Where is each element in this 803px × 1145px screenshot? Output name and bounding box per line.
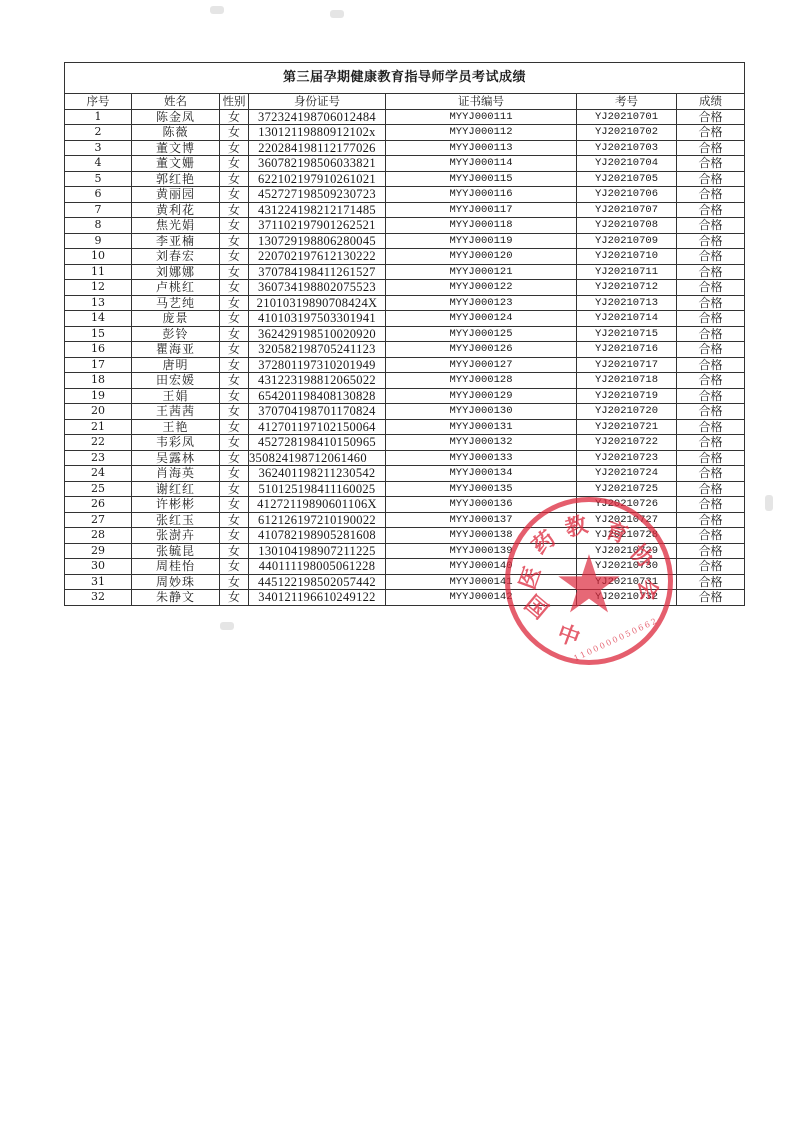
cell-gender: 女 <box>220 404 249 420</box>
document-title: 第三届孕期健康教育指导师学员考试成绩 <box>65 63 745 94</box>
cell-id-number: 654201198408130828 <box>249 388 386 404</box>
cell-exam-no: YJ20210705 <box>577 171 677 187</box>
cell-certificate-no: MYYJ000131 <box>386 419 577 435</box>
cell-id-number: 362429198510020920 <box>249 326 386 342</box>
cell-index: 28 <box>65 528 132 544</box>
cell-certificate-no: MYYJ000120 <box>386 249 577 265</box>
cell-exam-no: YJ20210714 <box>577 311 677 327</box>
table-row: 17唐明女372801197310201949MYYJ000127YJ20210… <box>65 357 745 373</box>
cell-id-number: 372324198706012484 <box>249 109 386 125</box>
cell-name: 王艳 <box>132 419 220 435</box>
cell-result: 合格 <box>677 590 745 606</box>
table-row: 10刘春宏女220702197612130222MYYJ000120YJ2021… <box>65 249 745 265</box>
cell-result: 合格 <box>677 357 745 373</box>
cell-result: 合格 <box>677 512 745 528</box>
results-table: 第三届孕期健康教育指导师学员考试成绩 序号姓名性别身份证号证书编号考号成绩 1陈… <box>64 62 745 606</box>
cell-index: 31 <box>65 574 132 590</box>
score-sheet: 第三届孕期健康教育指导师学员考试成绩 序号姓名性别身份证号证书编号考号成绩 1陈… <box>64 62 744 606</box>
table-row: 25谢红红女510125198411160025MYYJ000135YJ2021… <box>65 481 745 497</box>
cell-exam-no: YJ20210708 <box>577 218 677 234</box>
cell-index: 25 <box>65 481 132 497</box>
cell-id-number: 130729198806280045 <box>249 233 386 249</box>
cell-name: 韦彩凤 <box>132 435 220 451</box>
cell-index: 20 <box>65 404 132 420</box>
cell-index: 32 <box>65 590 132 606</box>
table-row: 28张澍卉女410782198905281608MYYJ000138YJ2021… <box>65 528 745 544</box>
cell-result: 合格 <box>677 450 745 466</box>
cell-gender: 女 <box>220 497 249 513</box>
cell-exam-no: YJ20210727 <box>577 512 677 528</box>
cell-id-number: 452727198509230723 <box>249 187 386 203</box>
table-row: 20王茜茜女370704198701170824MYYJ000130YJ2021… <box>65 404 745 420</box>
table-row: 19王娟女654201198408130828MYYJ000129YJ20210… <box>65 388 745 404</box>
cell-id-number: 412701197102150064 <box>249 419 386 435</box>
column-header: 性别 <box>220 94 249 110</box>
cell-certificate-no: MYYJ000125 <box>386 326 577 342</box>
cell-index: 15 <box>65 326 132 342</box>
cell-exam-no: YJ20210704 <box>577 156 677 172</box>
cell-gender: 女 <box>220 187 249 203</box>
cell-result: 合格 <box>677 264 745 280</box>
cell-name: 田宏媛 <box>132 373 220 389</box>
cell-exam-no: YJ20210725 <box>577 481 677 497</box>
table-row: 1陈金凤女372324198706012484MYYJ000111YJ20210… <box>65 109 745 125</box>
cell-exam-no: YJ20210702 <box>577 125 677 141</box>
cell-certificate-no: MYYJ000127 <box>386 357 577 373</box>
cell-certificate-no: MYYJ000119 <box>386 233 577 249</box>
cell-exam-no: YJ20210722 <box>577 435 677 451</box>
cell-id-number: 445122198502057442 <box>249 574 386 590</box>
seal-code: 1100000050662 <box>572 616 659 663</box>
cell-index: 30 <box>65 559 132 575</box>
cell-index: 6 <box>65 187 132 203</box>
cell-name: 黄利花 <box>132 202 220 218</box>
cell-index: 14 <box>65 311 132 327</box>
table-row: 9李亚楠女130729198806280045MYYJ000119YJ20210… <box>65 233 745 249</box>
table-row: 6黄丽园女452727198509230723MYYJ000116YJ20210… <box>65 187 745 203</box>
cell-id-number: 431224198212171485 <box>249 202 386 218</box>
table-row: 32朱静文女340121196610249122MYYJ000142YJ2021… <box>65 590 745 606</box>
cell-index: 19 <box>65 388 132 404</box>
cell-certificate-no: MYYJ000118 <box>386 218 577 234</box>
cell-gender: 女 <box>220 264 249 280</box>
cell-id-number: 431223198812065022 <box>249 373 386 389</box>
cell-index: 4 <box>65 156 132 172</box>
cell-index: 21 <box>65 419 132 435</box>
table-row: 29张毓昆女130104198907211225MYYJ000139YJ2021… <box>65 543 745 559</box>
cell-id-number: 452728198410150965 <box>249 435 386 451</box>
cell-gender: 女 <box>220 543 249 559</box>
cell-name: 郭红艳 <box>132 171 220 187</box>
cell-gender: 女 <box>220 466 249 482</box>
table-row: 31周妙珠女445122198502057442MYYJ000141YJ2021… <box>65 574 745 590</box>
cell-exam-no: YJ20210717 <box>577 357 677 373</box>
cell-exam-no: YJ20210731 <box>577 574 677 590</box>
cell-exam-no: YJ20210718 <box>577 373 677 389</box>
cell-gender: 女 <box>220 481 249 497</box>
cell-name: 刘春宏 <box>132 249 220 265</box>
cell-id-number: 360734198802075523 <box>249 280 386 296</box>
cell-certificate-no: MYYJ000137 <box>386 512 577 528</box>
cell-result: 合格 <box>677 419 745 435</box>
cell-id-number: 622102197910261021 <box>249 171 386 187</box>
table-body: 1陈金凤女372324198706012484MYYJ000111YJ20210… <box>65 109 745 605</box>
cell-name: 张毓昆 <box>132 543 220 559</box>
cell-index: 23 <box>65 450 132 466</box>
cell-index: 3 <box>65 140 132 156</box>
cell-name: 黄丽园 <box>132 187 220 203</box>
cell-name: 陈金凤 <box>132 109 220 125</box>
cell-id-number: 612126197210190022 <box>249 512 386 528</box>
cell-name: 焦光娟 <box>132 218 220 234</box>
cell-gender: 女 <box>220 512 249 528</box>
cell-result: 合格 <box>677 466 745 482</box>
cell-result: 合格 <box>677 497 745 513</box>
column-header: 证书编号 <box>386 94 577 110</box>
cell-result: 合格 <box>677 202 745 218</box>
cell-certificate-no: MYYJ000116 <box>386 187 577 203</box>
cell-index: 24 <box>65 466 132 482</box>
cell-gender: 女 <box>220 156 249 172</box>
table-row: 11刘娜娜女370784198411261527MYYJ000121YJ2021… <box>65 264 745 280</box>
cell-certificate-no: MYYJ000114 <box>386 156 577 172</box>
cell-name: 瞿海亚 <box>132 342 220 358</box>
table-row: 7黄利花女431224198212171485MYYJ000117YJ20210… <box>65 202 745 218</box>
cell-exam-no: YJ20210713 <box>577 295 677 311</box>
table-row: 22韦彩凤女452728198410150965MYYJ000132YJ2021… <box>65 435 745 451</box>
cell-name: 李亚楠 <box>132 233 220 249</box>
cell-exam-no: YJ20210724 <box>577 466 677 482</box>
cell-gender: 女 <box>220 202 249 218</box>
cell-gender: 女 <box>220 326 249 342</box>
cell-result: 合格 <box>677 171 745 187</box>
cell-id-number: 370704198701170824 <box>249 404 386 420</box>
cell-index: 16 <box>65 342 132 358</box>
cell-id-number: 220702197612130222 <box>249 249 386 265</box>
cell-exam-no: YJ20210729 <box>577 543 677 559</box>
cell-name: 刘娜娜 <box>132 264 220 280</box>
cell-name: 吴露林 <box>132 450 220 466</box>
cell-exam-no: YJ20210720 <box>577 404 677 420</box>
cell-result: 合格 <box>677 218 745 234</box>
cell-result: 合格 <box>677 140 745 156</box>
cell-certificate-no: MYYJ000135 <box>386 481 577 497</box>
cell-id-number: 220284198112177026 <box>249 140 386 156</box>
cell-name: 彭铃 <box>132 326 220 342</box>
cell-result: 合格 <box>677 233 745 249</box>
cell-result: 合格 <box>677 388 745 404</box>
table-row: 16瞿海亚女320582198705241123MYYJ000126YJ2021… <box>65 342 745 358</box>
cell-name: 庞景 <box>132 311 220 327</box>
cell-gender: 女 <box>220 435 249 451</box>
cell-gender: 女 <box>220 171 249 187</box>
cell-gender: 女 <box>220 342 249 358</box>
cell-gender: 女 <box>220 233 249 249</box>
cell-gender: 女 <box>220 450 249 466</box>
cell-id-number: 13012119880912102x <box>249 125 386 141</box>
cell-certificate-no: MYYJ000126 <box>386 342 577 358</box>
table-row: 18田宏媛女431223198812065022MYYJ000128YJ2021… <box>65 373 745 389</box>
table-row: 13马艺纯女21010319890708424XMYYJ000123YJ2021… <box>65 295 745 311</box>
table-header: 序号姓名性别身份证号证书编号考号成绩 <box>65 94 745 110</box>
cell-index: 11 <box>65 264 132 280</box>
cell-certificate-no: MYYJ000121 <box>386 264 577 280</box>
cell-index: 29 <box>65 543 132 559</box>
cell-gender: 女 <box>220 528 249 544</box>
table-row: 14庞景女410103197503301941MYYJ000124YJ20210… <box>65 311 745 327</box>
cell-gender: 女 <box>220 357 249 373</box>
cell-gender: 女 <box>220 125 249 141</box>
cell-id-number: 21010319890708424X <box>249 295 386 311</box>
cell-id-number: 510125198411160025 <box>249 481 386 497</box>
cell-index: 1 <box>65 109 132 125</box>
cell-result: 合格 <box>677 574 745 590</box>
cell-gender: 女 <box>220 419 249 435</box>
cell-exam-no: YJ20210726 <box>577 497 677 513</box>
scan-speck <box>330 10 344 18</box>
cell-exam-no: YJ20210728 <box>577 528 677 544</box>
cell-index: 17 <box>65 357 132 373</box>
table-row: 3董文博女220284198112177026MYYJ000113YJ20210… <box>65 140 745 156</box>
cell-id-number: 410782198905281608 <box>249 528 386 544</box>
cell-result: 合格 <box>677 125 745 141</box>
cell-result: 合格 <box>677 187 745 203</box>
cell-exam-no: YJ20210707 <box>577 202 677 218</box>
table-row: 8焦光娟女371102197901262521MYYJ000118YJ20210… <box>65 218 745 234</box>
column-header: 成绩 <box>677 94 745 110</box>
cell-name: 张红玉 <box>132 512 220 528</box>
cell-index: 2 <box>65 125 132 141</box>
cell-gender: 女 <box>220 109 249 125</box>
cell-exam-no: YJ20210732 <box>577 590 677 606</box>
cell-id-number: 130104198907211225 <box>249 543 386 559</box>
cell-gender: 女 <box>220 311 249 327</box>
cell-certificate-no: MYYJ000111 <box>386 109 577 125</box>
column-header: 身份证号 <box>249 94 386 110</box>
scan-speck <box>220 622 234 630</box>
cell-exam-no: YJ20210712 <box>577 280 677 296</box>
cell-certificate-no: MYYJ000139 <box>386 543 577 559</box>
table-row: 2陈薇女13012119880912102xMYYJ000112YJ202107… <box>65 125 745 141</box>
cell-certificate-no: MYYJ000141 <box>386 574 577 590</box>
table-row: 15彭铃女362429198510020920MYYJ000125YJ20210… <box>65 326 745 342</box>
cell-id-number: 370784198411261527 <box>249 264 386 280</box>
cell-certificate-no: MYYJ000138 <box>386 528 577 544</box>
column-header: 序号 <box>65 94 132 110</box>
table-row: 12卢桃红女360734198802075523MYYJ000122YJ2021… <box>65 280 745 296</box>
cell-exam-no: YJ20210703 <box>577 140 677 156</box>
cell-gender: 女 <box>220 295 249 311</box>
cell-certificate-no: MYYJ000142 <box>386 590 577 606</box>
cell-result: 合格 <box>677 404 745 420</box>
column-header: 考号 <box>577 94 677 110</box>
cell-certificate-no: MYYJ000136 <box>386 497 577 513</box>
cell-id-number: 371102197901262521 <box>249 218 386 234</box>
cell-name: 马艺纯 <box>132 295 220 311</box>
cell-index: 18 <box>65 373 132 389</box>
cell-index: 26 <box>65 497 132 513</box>
cell-gender: 女 <box>220 559 249 575</box>
cell-id-number: 360782198506033821 <box>249 156 386 172</box>
cell-certificate-no: MYYJ000128 <box>386 373 577 389</box>
cell-index: 27 <box>65 512 132 528</box>
cell-result: 合格 <box>677 280 745 296</box>
cell-name: 周妙珠 <box>132 574 220 590</box>
cell-certificate-no: MYYJ000113 <box>386 140 577 156</box>
scan-speck <box>765 495 773 511</box>
table-row: 5郭红艳女622102197910261021MYYJ000115YJ20210… <box>65 171 745 187</box>
cell-index: 7 <box>65 202 132 218</box>
cell-index: 9 <box>65 233 132 249</box>
cell-certificate-no: MYYJ000129 <box>386 388 577 404</box>
cell-gender: 女 <box>220 590 249 606</box>
cell-id-number: 440111198005061228 <box>249 559 386 575</box>
cell-index: 13 <box>65 295 132 311</box>
cell-name: 周桂怡 <box>132 559 220 575</box>
cell-result: 合格 <box>677 373 745 389</box>
table-row: 30周桂怡女440111198005061228MYYJ000140YJ2021… <box>65 559 745 575</box>
table-row: 24肖海英女362401198211230542MYYJ000134YJ2021… <box>65 466 745 482</box>
cell-certificate-no: MYYJ000130 <box>386 404 577 420</box>
cell-result: 合格 <box>677 326 745 342</box>
cell-index: 10 <box>65 249 132 265</box>
cell-exam-no: YJ20210719 <box>577 388 677 404</box>
cell-id-number: 320582198705241123 <box>249 342 386 358</box>
cell-gender: 女 <box>220 249 249 265</box>
table-row: 4董文姗女360782198506033821MYYJ000114YJ20210… <box>65 156 745 172</box>
scan-speck <box>210 6 224 14</box>
cell-id-number: 340121196610249122 <box>249 590 386 606</box>
cell-result: 合格 <box>677 156 745 172</box>
cell-index: 22 <box>65 435 132 451</box>
cell-certificate-no: MYYJ000112 <box>386 125 577 141</box>
cell-gender: 女 <box>220 373 249 389</box>
table-row: 23吴露林女350824198712061460MYYJ000133YJ2021… <box>65 450 745 466</box>
cell-name: 朱静文 <box>132 590 220 606</box>
table-row: 26许彬彬女41272119890601106XMYYJ000136YJ2021… <box>65 497 745 513</box>
cell-result: 合格 <box>677 295 745 311</box>
cell-name: 董文姗 <box>132 156 220 172</box>
cell-id-number: 410103197503301941 <box>249 311 386 327</box>
cell-exam-no: YJ20210716 <box>577 342 677 358</box>
cell-id-number: 372801197310201949 <box>249 357 386 373</box>
cell-certificate-no: MYYJ000123 <box>386 295 577 311</box>
cell-gender: 女 <box>220 280 249 296</box>
cell-index: 12 <box>65 280 132 296</box>
cell-result: 合格 <box>677 249 745 265</box>
cell-gender: 女 <box>220 218 249 234</box>
column-header: 姓名 <box>132 94 220 110</box>
cell-name: 张澍卉 <box>132 528 220 544</box>
cell-exam-no: YJ20210701 <box>577 109 677 125</box>
cell-result: 合格 <box>677 559 745 575</box>
cell-name: 谢红红 <box>132 481 220 497</box>
cell-certificate-no: MYYJ000140 <box>386 559 577 575</box>
cell-exam-no: YJ20210715 <box>577 326 677 342</box>
cell-certificate-no: MYYJ000134 <box>386 466 577 482</box>
cell-gender: 女 <box>220 388 249 404</box>
cell-certificate-no: MYYJ000117 <box>386 202 577 218</box>
seal-char: 中 <box>553 616 584 653</box>
cell-name: 王茜茜 <box>132 404 220 420</box>
cell-exam-no: YJ20210710 <box>577 249 677 265</box>
cell-exam-no: YJ20210711 <box>577 264 677 280</box>
cell-result: 合格 <box>677 342 745 358</box>
cell-id-number: 362401198211230542 <box>249 466 386 482</box>
cell-exam-no: YJ20210721 <box>577 419 677 435</box>
table-row: 21王艳女412701197102150064MYYJ000131YJ20210… <box>65 419 745 435</box>
cell-exam-no: YJ20210730 <box>577 559 677 575</box>
cell-exam-no: YJ20210723 <box>577 450 677 466</box>
cell-name: 卢桃红 <box>132 280 220 296</box>
cell-certificate-no: MYYJ000124 <box>386 311 577 327</box>
cell-result: 合格 <box>677 311 745 327</box>
cell-index: 8 <box>65 218 132 234</box>
cell-result: 合格 <box>677 481 745 497</box>
cell-name: 王娟 <box>132 388 220 404</box>
cell-certificate-no: MYYJ000133 <box>386 450 577 466</box>
cell-name: 陈薇 <box>132 125 220 141</box>
cell-index: 5 <box>65 171 132 187</box>
cell-result: 合格 <box>677 528 745 544</box>
cell-id-number: 350824198712061460 <box>249 450 386 466</box>
cell-result: 合格 <box>677 109 745 125</box>
cell-exam-no: YJ20210709 <box>577 233 677 249</box>
cell-id-number: 41272119890601106X <box>249 497 386 513</box>
cell-name: 许彬彬 <box>132 497 220 513</box>
cell-name: 肖海英 <box>132 466 220 482</box>
cell-gender: 女 <box>220 140 249 156</box>
cell-certificate-no: MYYJ000122 <box>386 280 577 296</box>
table-row: 27张红玉女612126197210190022MYYJ000137YJ2021… <box>65 512 745 528</box>
cell-exam-no: YJ20210706 <box>577 187 677 203</box>
cell-result: 合格 <box>677 435 745 451</box>
cell-certificate-no: MYYJ000115 <box>386 171 577 187</box>
cell-name: 董文博 <box>132 140 220 156</box>
cell-result: 合格 <box>677 543 745 559</box>
cell-certificate-no: MYYJ000132 <box>386 435 577 451</box>
cell-gender: 女 <box>220 574 249 590</box>
cell-name: 唐明 <box>132 357 220 373</box>
